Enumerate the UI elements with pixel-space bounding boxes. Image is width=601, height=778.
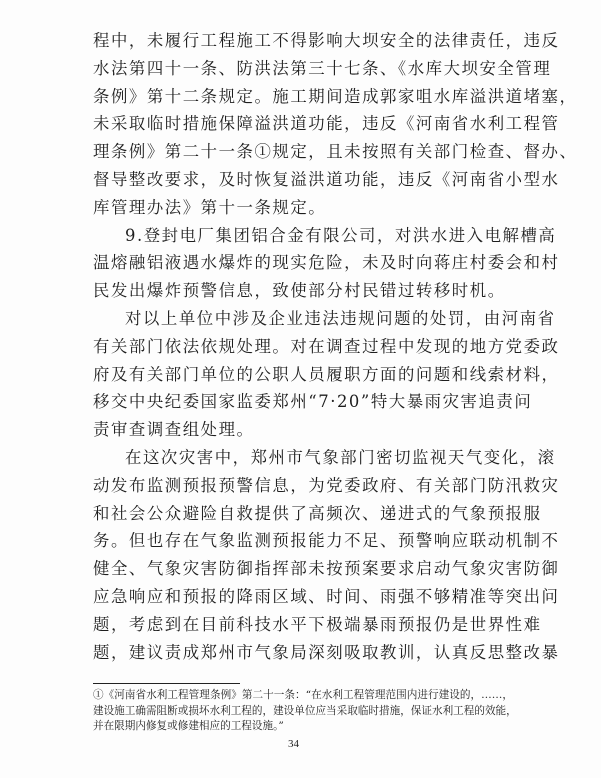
- text-line: 未采取临时措施保障溢洪道功能，违反《河南省水利工程管: [93, 110, 513, 138]
- text-line: 健全、气象灾害防御指挥部未按预案要求启动气象灾害防御: [93, 555, 513, 583]
- footnote: ①《河南省水利工程管理条例》第二十一条：“在水利工程管理范围内进行建设的，……，…: [93, 688, 513, 735]
- text-line: 理条例》第二十一条①规定，且未按照有关部门检查、督办、: [93, 138, 513, 166]
- text-line: 题，考虑到在目前科技水平下极端暴雨预报仍是世界性难: [93, 611, 513, 639]
- text-line: 务。但也存在气象监测预报能力不足、预警响应联动机制不: [93, 527, 513, 555]
- text-line: 动发布监测预报预警信息，为党委政府、有关部门防汛救灾: [93, 472, 513, 500]
- text-line: 题，建议责成郑州市气象局深刻吸取教训，认真反思整改暴: [93, 639, 513, 667]
- text-line: 温熔融铝液遇水爆炸的现实危险，未及时向蒋庄村委会和村: [93, 249, 513, 277]
- body-text: 程中，未履行工程施工不得影响大坝安全的法律责任，违反 水法第四十一条、防洪法第三…: [93, 27, 513, 666]
- text-line: 移交中央纪委国家监委郑州“7·20”特大暴雨灾害追责问: [93, 388, 513, 416]
- document-page: 程中，未履行工程施工不得影响大坝安全的法律责任，违反 水法第四十一条、防洪法第三…: [0, 0, 601, 778]
- text-line: 条例》第十二条规定。施工期间造成郭家咀水库溢洪道堵塞，: [93, 83, 513, 111]
- text-line: 责审查调查组处理。: [93, 416, 513, 444]
- text-line: 和社会公众避险自救提供了高频次、递进式的气象预报服: [93, 500, 513, 528]
- text-line: 督导整改要求，及时恢复溢洪道功能，违反《河南省小型水: [93, 166, 513, 194]
- footnote-line: 并在限期内修复或修建相应的工程设施。”: [93, 719, 513, 735]
- text-line: 在这次灾害中，郑州市气象部门密切监视天气变化，滚: [93, 444, 513, 472]
- page-number: 34: [288, 738, 299, 750]
- footnote-line: 建设施工确需阻断或损坏水利工程的，建设单位应当采取临时措施，保证水利工程的效能，: [93, 704, 513, 720]
- footnote-line: ①《河南省水利工程管理条例》第二十一条：“在水利工程管理范围内进行建设的，……，: [93, 688, 513, 704]
- text-line: 对以上单位中涉及企业违法违规问题的处罚，由河南省: [93, 305, 513, 333]
- footnote-divider: [93, 683, 240, 684]
- text-line: 应急响应和预报的降雨区域、时间、雨强不够精准等突出问: [93, 583, 513, 611]
- text-line: 库管理办法》第十一条规定。: [93, 194, 513, 222]
- text-line: 有关部门依法依规处理。对在调查过程中发现的地方党委政: [93, 333, 513, 361]
- text-line: 府及有关部门单位的公职人员履职方面的问题和线索材料，: [93, 361, 513, 389]
- text-line: 民发出爆炸预警信息，致使部分村民错过转移时机。: [93, 277, 513, 305]
- text-line: 程中，未履行工程施工不得影响大坝安全的法律责任，违反: [93, 27, 513, 55]
- text-line: 水法第四十一条、防洪法第三十七条、《水库大坝安全管理: [93, 55, 513, 83]
- text-line: 9.登封电厂集团铝合金有限公司，对洪水进入电解槽高: [93, 222, 513, 250]
